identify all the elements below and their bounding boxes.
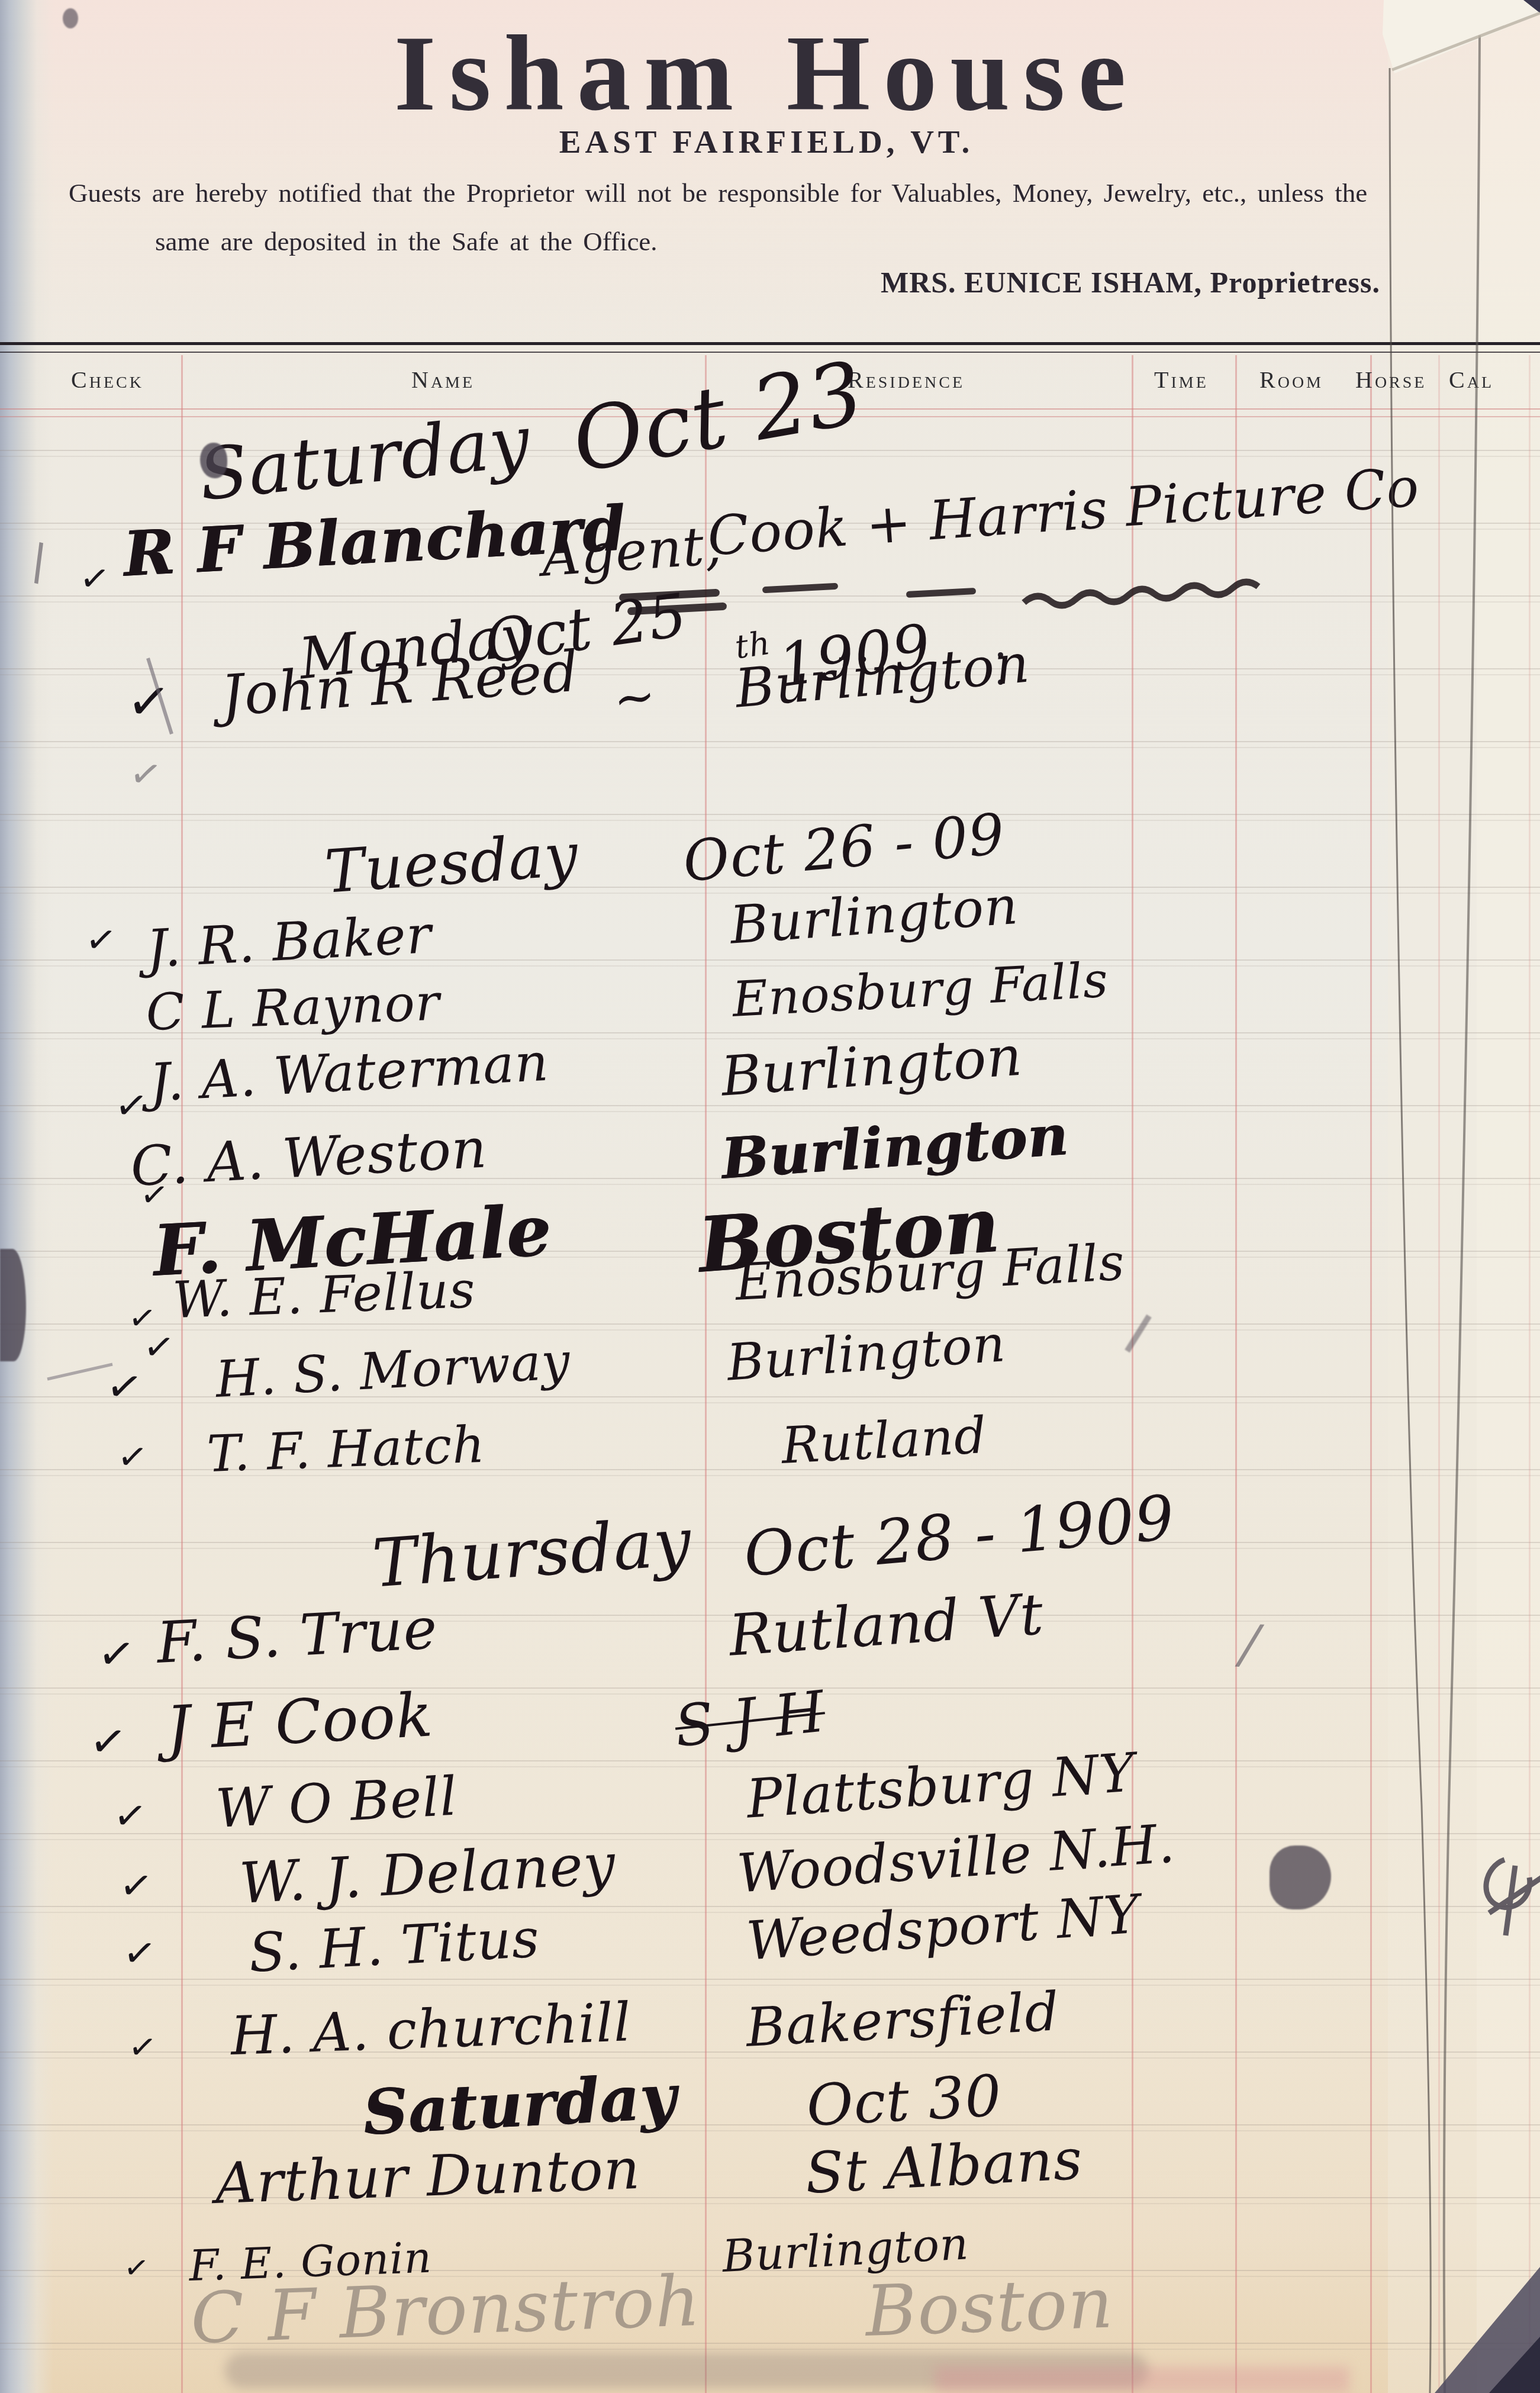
check-mark: ✓: [122, 2249, 152, 2286]
column-line-name: [705, 355, 707, 2393]
header-rule-2: [0, 352, 1540, 353]
check-mark: ✓: [83, 916, 120, 964]
column-header-room: Room: [1259, 366, 1323, 394]
column-line-horse: [1438, 355, 1440, 2393]
page-subtitle: EAST FAIRFIELD, VT.: [0, 123, 1533, 160]
column-header-time: Time: [1154, 366, 1209, 394]
column-line-time: [1235, 355, 1237, 2393]
header-rule: [0, 342, 1540, 345]
check-mark: ✓: [124, 669, 173, 734]
column-header-horse: Horse: [1355, 366, 1426, 394]
check-mark: ✓: [115, 1435, 150, 1480]
speck: [63, 8, 78, 28]
check-mark: ✓: [117, 1861, 155, 1911]
check-mark: ✓: [95, 1627, 138, 1682]
check-mark: ✓: [112, 1081, 150, 1131]
guest-name: T. F. Hatch: [206, 1416, 486, 1484]
date-heading-date: Oct 30: [805, 2063, 1003, 2139]
check-mark: ✓: [126, 1297, 159, 1339]
guest-name: C L Raynor: [145, 974, 441, 1042]
guest-name: W O Bell: [214, 1766, 459, 1840]
column-header-name: Name: [411, 366, 475, 394]
check-mark: ✓: [77, 556, 112, 601]
guest-residence: Rutland: [780, 1406, 988, 1476]
ink-blot-small: [200, 443, 227, 478]
column-line-check: [181, 355, 183, 2393]
column-header-check: Check: [71, 366, 144, 394]
notice-line-1: Guests are hereby notified that the Prop…: [69, 178, 1367, 208]
ledger-ruled-lines: [0, 450, 1540, 2393]
page-title: Isham House: [0, 12, 1533, 136]
column-line-room: [1370, 355, 1372, 2393]
check-mark: ✓: [126, 2027, 159, 2069]
proprietor-line: MRS. EUNICE ISHAM, Proprietress.: [881, 265, 1380, 299]
guest-role: Agent,: [540, 514, 724, 589]
check-mark: ✓: [120, 1928, 159, 1978]
guest-residence-faded: Boston: [864, 2262, 1114, 2352]
check-mark: ✓: [86, 1714, 130, 1770]
guest-name: W. E. Fellus: [172, 1261, 476, 1330]
column-line-call: [1529, 355, 1531, 2393]
notice-line-2: same are deposited in the Safe at the Of…: [155, 226, 658, 257]
guest-name: J E Cook: [165, 1680, 434, 1764]
smudge-pink: [935, 2366, 1349, 2393]
column-header-call: Cal: [1449, 366, 1494, 394]
column-header-residence: Residence: [848, 366, 965, 394]
guest-register-page: Isham House EAST FAIRFIELD, VT. Guests a…: [0, 0, 1540, 2393]
ink-dash: ~: [610, 666, 660, 730]
check-mark: ✓: [111, 1791, 149, 1841]
column-line-residence: [1132, 355, 1133, 2393]
